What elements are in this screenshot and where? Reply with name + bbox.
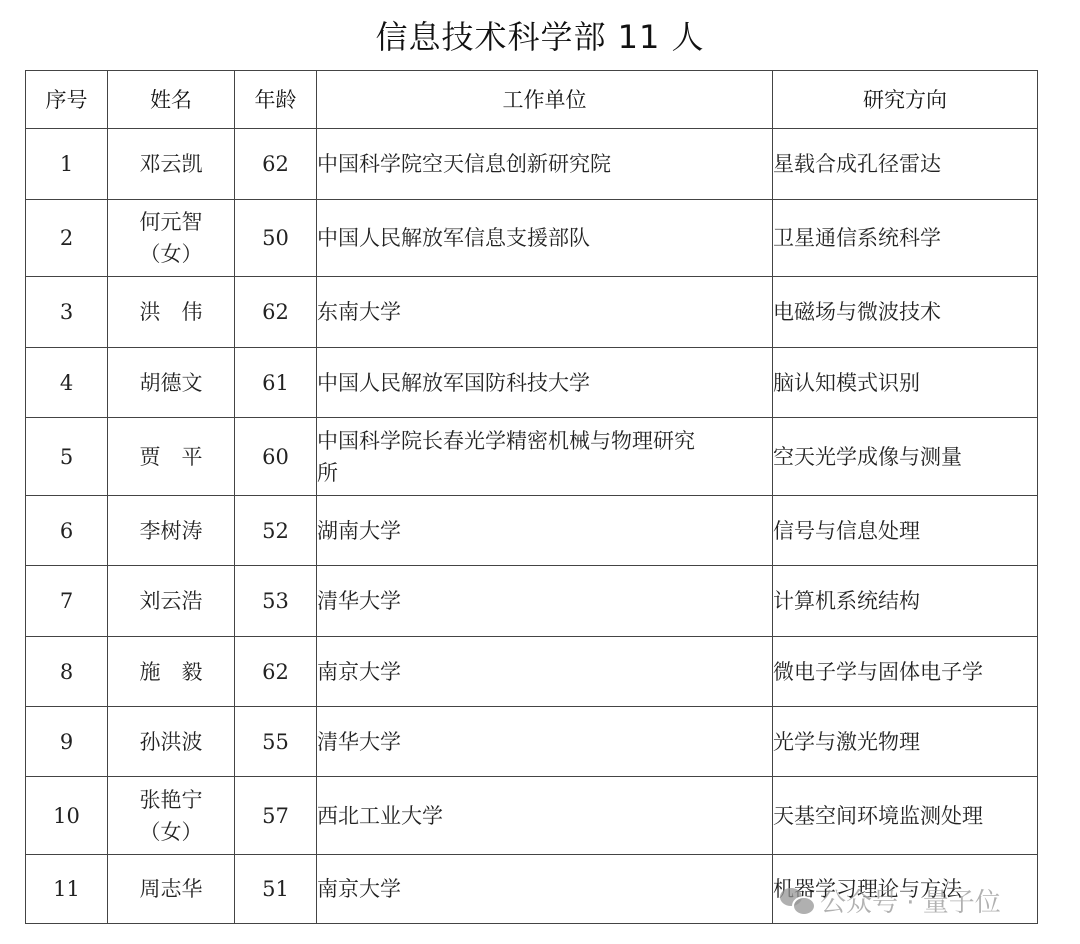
cell-age: 62: [235, 277, 317, 348]
person-name: 刘云浩: [108, 585, 234, 617]
table-row: 10张艳宁（女）57西北工业大学天基空间环境监测处理: [26, 777, 1038, 855]
cell-age: 50: [235, 200, 317, 277]
organization-text: 西北工业大学: [317, 800, 697, 832]
table-row: 7刘云浩53清华大学计算机系统结构: [26, 566, 1038, 637]
table-body: 1邓云凯62中国科学院空天信息创新研究院星载合成孔径雷达2何元智（女）50中国人…: [26, 129, 1038, 924]
table-row: 2何元智（女）50中国人民解放军信息支援部队卫星通信系统科学: [26, 200, 1038, 277]
cell-age: 57: [235, 777, 317, 855]
cell-organization: 西北工业大学: [317, 777, 773, 855]
cell-name: 邓云凯: [108, 129, 235, 200]
cell-name: 周志华: [108, 855, 235, 924]
person-name: 胡德文: [108, 367, 234, 399]
cell-age: 62: [235, 129, 317, 200]
cell-organization: 中国科学院长春光学精密机械与物理研究所: [317, 418, 773, 496]
table-row: 11周志华51南京大学机器学习理论与方法: [26, 855, 1038, 924]
member-table: 序号 姓名 年龄 工作单位 研究方向 1邓云凯62中国科学院空天信息创新研究院星…: [25, 70, 1038, 924]
cell-name: 张艳宁（女）: [108, 777, 235, 855]
organization-text: 南京大学: [317, 656, 697, 688]
table-row: 4胡德文61中国人民解放军国防科技大学脑认知模式识别: [26, 348, 1038, 418]
cell-age: 53: [235, 566, 317, 637]
organization-text: 中国人民解放军信息支援部队: [317, 222, 697, 254]
cell-index: 9: [26, 707, 108, 777]
cell-research-field: 卫星通信系统科学: [773, 200, 1038, 277]
cell-age: 55: [235, 707, 317, 777]
cell-index: 6: [26, 496, 108, 566]
cell-research-field: 星载合成孔径雷达: [773, 129, 1038, 200]
gender-note: （女）: [108, 238, 234, 270]
cell-organization: 中国科学院空天信息创新研究院: [317, 129, 773, 200]
header-research-field: 研究方向: [773, 71, 1038, 129]
cell-name: 贾 平: [108, 418, 235, 496]
cell-index: 8: [26, 637, 108, 707]
cell-index: 3: [26, 277, 108, 348]
cell-name: 李树涛: [108, 496, 235, 566]
cell-organization: 南京大学: [317, 637, 773, 707]
person-name: 洪 伟: [108, 296, 234, 328]
header-index: 序号: [26, 71, 108, 129]
person-name: 贾 平: [108, 441, 234, 473]
organization-text: 东南大学: [317, 296, 697, 328]
cell-age: 62: [235, 637, 317, 707]
cell-research-field: 微电子学与固体电子学: [773, 637, 1038, 707]
table-row: 6李树涛52湖南大学信号与信息处理: [26, 496, 1038, 566]
cell-index: 2: [26, 200, 108, 277]
organization-text: 清华大学: [317, 585, 697, 617]
table-row: 8施 毅62南京大学微电子学与固体电子学: [26, 637, 1038, 707]
header-age: 年龄: [235, 71, 317, 129]
organization-text: 中国科学院长春光学精密机械与物理研究所: [317, 425, 697, 489]
person-name: 孙洪波: [108, 726, 234, 758]
person-name: 张艳宁: [108, 784, 234, 816]
organization-text: 清华大学: [317, 726, 697, 758]
organization-text: 湖南大学: [317, 515, 697, 547]
cell-index: 4: [26, 348, 108, 418]
cell-name: 孙洪波: [108, 707, 235, 777]
cell-research-field: 计算机系统结构: [773, 566, 1038, 637]
cell-age: 51: [235, 855, 317, 924]
organization-text: 中国科学院空天信息创新研究院: [317, 148, 697, 180]
cell-name: 何元智（女）: [108, 200, 235, 277]
cell-name: 刘云浩: [108, 566, 235, 637]
cell-organization: 中国人民解放军国防科技大学: [317, 348, 773, 418]
table-row: 5贾 平60中国科学院长春光学精密机械与物理研究所空天光学成像与测量: [26, 418, 1038, 496]
cell-age: 60: [235, 418, 317, 496]
gender-note: （女）: [108, 816, 234, 848]
cell-organization: 清华大学: [317, 707, 773, 777]
table-row: 9孙洪波55清华大学光学与激光物理: [26, 707, 1038, 777]
organization-text: 南京大学: [317, 873, 697, 905]
header-name: 姓名: [108, 71, 235, 129]
cell-research-field: 信号与信息处理: [773, 496, 1038, 566]
cell-organization: 东南大学: [317, 277, 773, 348]
cell-index: 1: [26, 129, 108, 200]
cell-research-field: 电磁场与微波技术: [773, 277, 1038, 348]
cell-index: 5: [26, 418, 108, 496]
cell-research-field: 光学与激光物理: [773, 707, 1038, 777]
cell-age: 61: [235, 348, 317, 418]
cell-organization: 南京大学: [317, 855, 773, 924]
cell-organization: 清华大学: [317, 566, 773, 637]
person-name: 何元智: [108, 206, 234, 238]
table-row: 1邓云凯62中国科学院空天信息创新研究院星载合成孔径雷达: [26, 129, 1038, 200]
table-header-row: 序号 姓名 年龄 工作单位 研究方向: [26, 71, 1038, 129]
cell-organization: 湖南大学: [317, 496, 773, 566]
person-name: 李树涛: [108, 515, 234, 547]
cell-name: 施 毅: [108, 637, 235, 707]
cell-index: 11: [26, 855, 108, 924]
table-row: 3洪 伟62东南大学电磁场与微波技术: [26, 277, 1038, 348]
person-name: 施 毅: [108, 656, 234, 688]
cell-index: 10: [26, 777, 108, 855]
cell-age: 52: [235, 496, 317, 566]
header-organization: 工作单位: [317, 71, 773, 129]
cell-research-field: 机器学习理论与方法: [773, 855, 1038, 924]
cell-research-field: 空天光学成像与测量: [773, 418, 1038, 496]
person-name: 邓云凯: [108, 148, 234, 180]
cell-name: 胡德文: [108, 348, 235, 418]
cell-research-field: 脑认知模式识别: [773, 348, 1038, 418]
cell-research-field: 天基空间环境监测处理: [773, 777, 1038, 855]
cell-index: 7: [26, 566, 108, 637]
cell-organization: 中国人民解放军信息支援部队: [317, 200, 773, 277]
cell-name: 洪 伟: [108, 277, 235, 348]
person-name: 周志华: [108, 873, 234, 905]
organization-text: 中国人民解放军国防科技大学: [317, 367, 697, 399]
page-title: 信息技术科学部 11 人: [0, 12, 1080, 58]
